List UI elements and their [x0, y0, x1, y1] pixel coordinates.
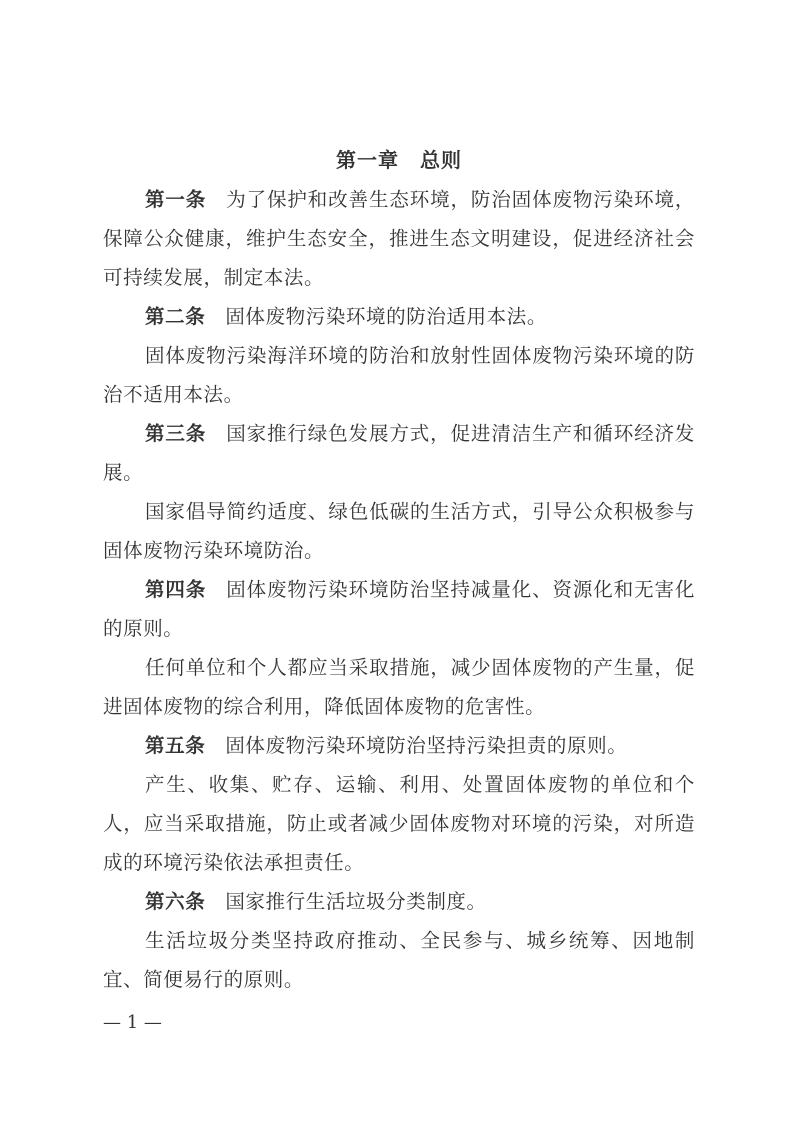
paragraph: 生活垃圾分类坚持政府推动、全民参与、城乡统筹、因地制宜、简便易行的原则。 [103, 921, 695, 999]
article-text: 固体废物污染环境的防治适用本法。 [225, 305, 547, 328]
article-2: 第二条固体废物污染环境的防治适用本法。 [103, 297, 695, 336]
article-4: 第四条固体废物污染环境防治坚持减量化、资源化和无害化的原则。 [103, 570, 695, 648]
page-number: — 1 — [103, 1012, 162, 1033]
article-3: 第三条国家推行绿色发展方式，促进清洁生产和循环经济发展。 [103, 414, 695, 492]
article-5: 第五条固体废物污染环境防治坚持污染担责的原则。 [103, 726, 695, 765]
article-1: 第一条为了保护和改善生态环境，防治固体废物污染环境，保障公众健康，维护生态安全，… [103, 180, 695, 297]
article-label: 第三条 [145, 422, 206, 445]
paragraph: 任何单位和个人都应当采取措施，减少固体废物的产生量，促进固体废物的综合利用，降低… [103, 648, 695, 726]
article-label: 第四条 [145, 578, 206, 601]
paragraph: 国家倡导简约适度、绿色低碳的生活方式，引导公众积极参与固体废物污染环境防治。 [103, 492, 695, 570]
article-label: 第一条 [145, 188, 206, 211]
document-page: 第一章 总则 第一条为了保护和改善生态环境，防治固体废物污染环境，保障公众健康，… [103, 141, 695, 999]
article-label: 第六条 [145, 890, 205, 913]
paragraph: 固体废物污染海洋环境的防治和放射性固体废物污染环境的防治不适用本法。 [103, 336, 695, 414]
chapter-title: 第一章 总则 [103, 141, 695, 180]
article-6: 第六条国家推行生活垃圾分类制度。 [103, 882, 695, 921]
article-label: 第五条 [145, 734, 205, 757]
paragraph: 产生、收集、贮存、运输、利用、处置固体废物的单位和个人，应当采取措施，防止或者减… [103, 765, 695, 882]
article-label: 第二条 [145, 305, 205, 328]
article-text: 国家推行生活垃圾分类制度。 [225, 890, 486, 913]
article-text: 固体废物污染环境防治坚持污染担责的原则。 [225, 734, 627, 757]
